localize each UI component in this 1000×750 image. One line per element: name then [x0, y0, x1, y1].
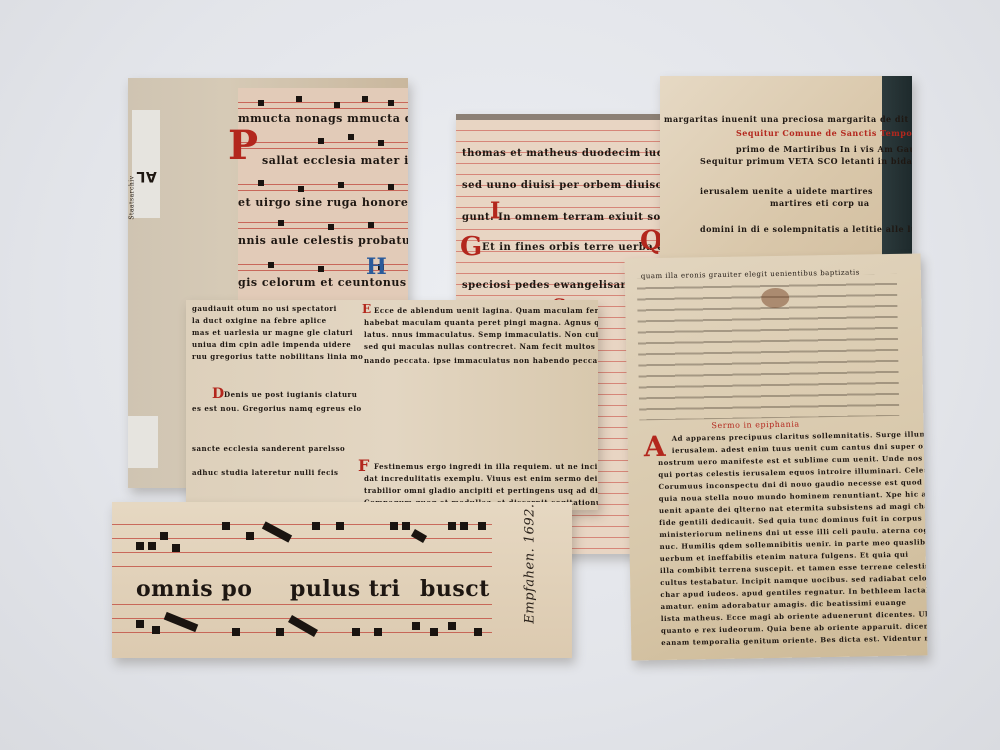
chant-text-line: mmucta nonags mmucta dat qu [238, 112, 408, 125]
manuscript-text-line: trabilior omni gladio ancipiti et pertin… [364, 486, 598, 495]
red-initial: D [212, 386, 225, 402]
spine-label-text: AL [136, 168, 157, 184]
spine-label: AL Staatsarchiv [132, 110, 160, 218]
manuscript-text-line: martires eti corp ua [770, 198, 870, 208]
chant-page: mmucta nonags mmucta dat qu P sallat ecc… [238, 88, 408, 308]
manuscript-text-line: adhuc studia lateretur nulli fecis [192, 468, 339, 477]
manuscript-text-line: nando peccata. ipse immaculatus non habe… [364, 356, 598, 365]
chant-lyric: busct [420, 576, 490, 602]
manuscript-text-line: sed qui maculas nullas contrecret. Nam f… [364, 342, 598, 351]
manuscript-text-line: mas et uarlesia ur magne gle claturi [192, 328, 353, 337]
manuscript-text-line: eanam temporalia genitum oriente. Bes di… [661, 633, 927, 647]
manuscript-text-line: amatur. enim adorabatur amagis. dic beat… [661, 598, 907, 611]
manuscript-text-line: la duct oxigine na febre aplice [192, 316, 327, 325]
blue-initial: H [366, 254, 387, 280]
manuscript-text-line: sancte ecclesia sanderent parelsso [192, 444, 345, 453]
chant-lyric: omnis po [136, 576, 252, 602]
manuscript-text-line: Sequitur primum VETA SCO letanti in bida [700, 156, 912, 166]
manuscript-text-line: es est nou. Gregorius namq egreus elo [192, 404, 362, 413]
manuscript-text-line: habebat maculam quanta peret pingi magna… [364, 318, 598, 327]
manuscript-text-line: lista matheus. Ecce magi ab oriente adue… [661, 609, 928, 623]
manuscript-text-line: gaudiauit otum no usi spectatori [192, 304, 337, 313]
manuscript-text-line: uenit apante dei qlterno nat etermita su… [659, 501, 928, 515]
handwritten-inscription: Empfahen. 1692. [523, 503, 538, 623]
manuscript-text-line: margaritas inuenit una preciosa margarit… [664, 114, 912, 124]
chant-text-line: nnis aule celestis probatur par [238, 234, 408, 247]
manuscript-text-line: dat incredulitatis exemplu. Viuus est en… [364, 474, 598, 483]
spine-label-subtext: Staatsarchiv [129, 175, 136, 219]
red-initial: G [460, 232, 483, 262]
manuscript-book-bottom-right: quam illa eronis grauiter elegit uenient… [625, 253, 928, 660]
manuscript-text-line: Festinemus ergo ingredi in illa requiem.… [374, 462, 598, 471]
manuscript-text-line: primo de Martiribus In i vis Am Gaude [736, 144, 912, 154]
manuscript-text-line: uniua dim cpin adle impenda uidere [192, 340, 351, 349]
chant-text-line: sallat ecclesia mater illib [262, 154, 408, 167]
manuscript-text-line: ministeriorum nelinens dni ut esse illi … [659, 525, 927, 539]
chant-text-line: et uirgo sine ruga honorem hu [238, 196, 408, 209]
manuscript-text-line: nuc. Humilis qdem sollemnibitis uenir. i… [659, 537, 927, 551]
manuscript-text-line: nostrum uero manifeste est et sublime cu… [658, 453, 927, 467]
manuscript-text-line: fide gentili dedicauit. Sed quia tunc do… [659, 513, 927, 527]
red-initial: F [358, 456, 370, 475]
rubric-heading: Sermo in epiphania [711, 420, 799, 431]
manuscript-text-line: Denis ue post iugianis claturu [224, 390, 357, 399]
red-initial: E [362, 302, 372, 316]
manuscript-text-line: Ecce de ablendum uenit lagina. Quam macu… [374, 306, 598, 315]
manuscript-text-line: quanto e rex iudeorum. Quia bene ab orie… [661, 621, 928, 635]
manuscript-text-line: quia noua stella nouo mundo hominem renu… [659, 489, 928, 503]
rubric-line: Sequitur Comune de Sanctis Tempore Pasch… [736, 128, 912, 138]
chant-lyric: pulus tri [290, 576, 400, 602]
manuscript-text-line: ruu gregorius tatte nobilitans linia mo [192, 352, 363, 361]
manuscript-text-line: domini in di e solempnitatis a letitie a… [700, 224, 912, 234]
spine-label-lower [128, 416, 158, 468]
manuscript-text-line: illa combibit terrena suscepit. et tamen… [660, 561, 928, 575]
manuscript-book-middle: gaudiauit otum no usi spectatori la duct… [186, 300, 598, 510]
manuscript-text-line: cultus testabatur. Incipit namque uocibu… [660, 573, 927, 587]
manuscript-text-line: Ad apparens precipuus claritus sollemnit… [672, 429, 928, 443]
manuscript-text-line: qui portas celestis ierusalem equos intr… [658, 465, 927, 479]
manuscript-text-line: uerbum et ineffabilis etenim natura fulg… [660, 550, 909, 563]
red-initial: P [228, 122, 259, 169]
manuscript-text-line: char apud iudeos. apud gentiles regnatur… [660, 585, 927, 599]
manuscript-book-bottom-left: omnis po pulus tri busct Empfahen. 1692. [112, 502, 572, 658]
manuscript-text-line: ierusalem. adest enim tuus uenit cum can… [672, 441, 928, 455]
manuscript-text-line: Corumuus inconspectu dni di nouo gaudio … [658, 477, 922, 491]
manuscript-text-line: latus. nnus immaculatus. Semp immaculati… [364, 330, 598, 339]
manuscript-text-line: ierusalem uenite a uidete martires [700, 186, 873, 196]
